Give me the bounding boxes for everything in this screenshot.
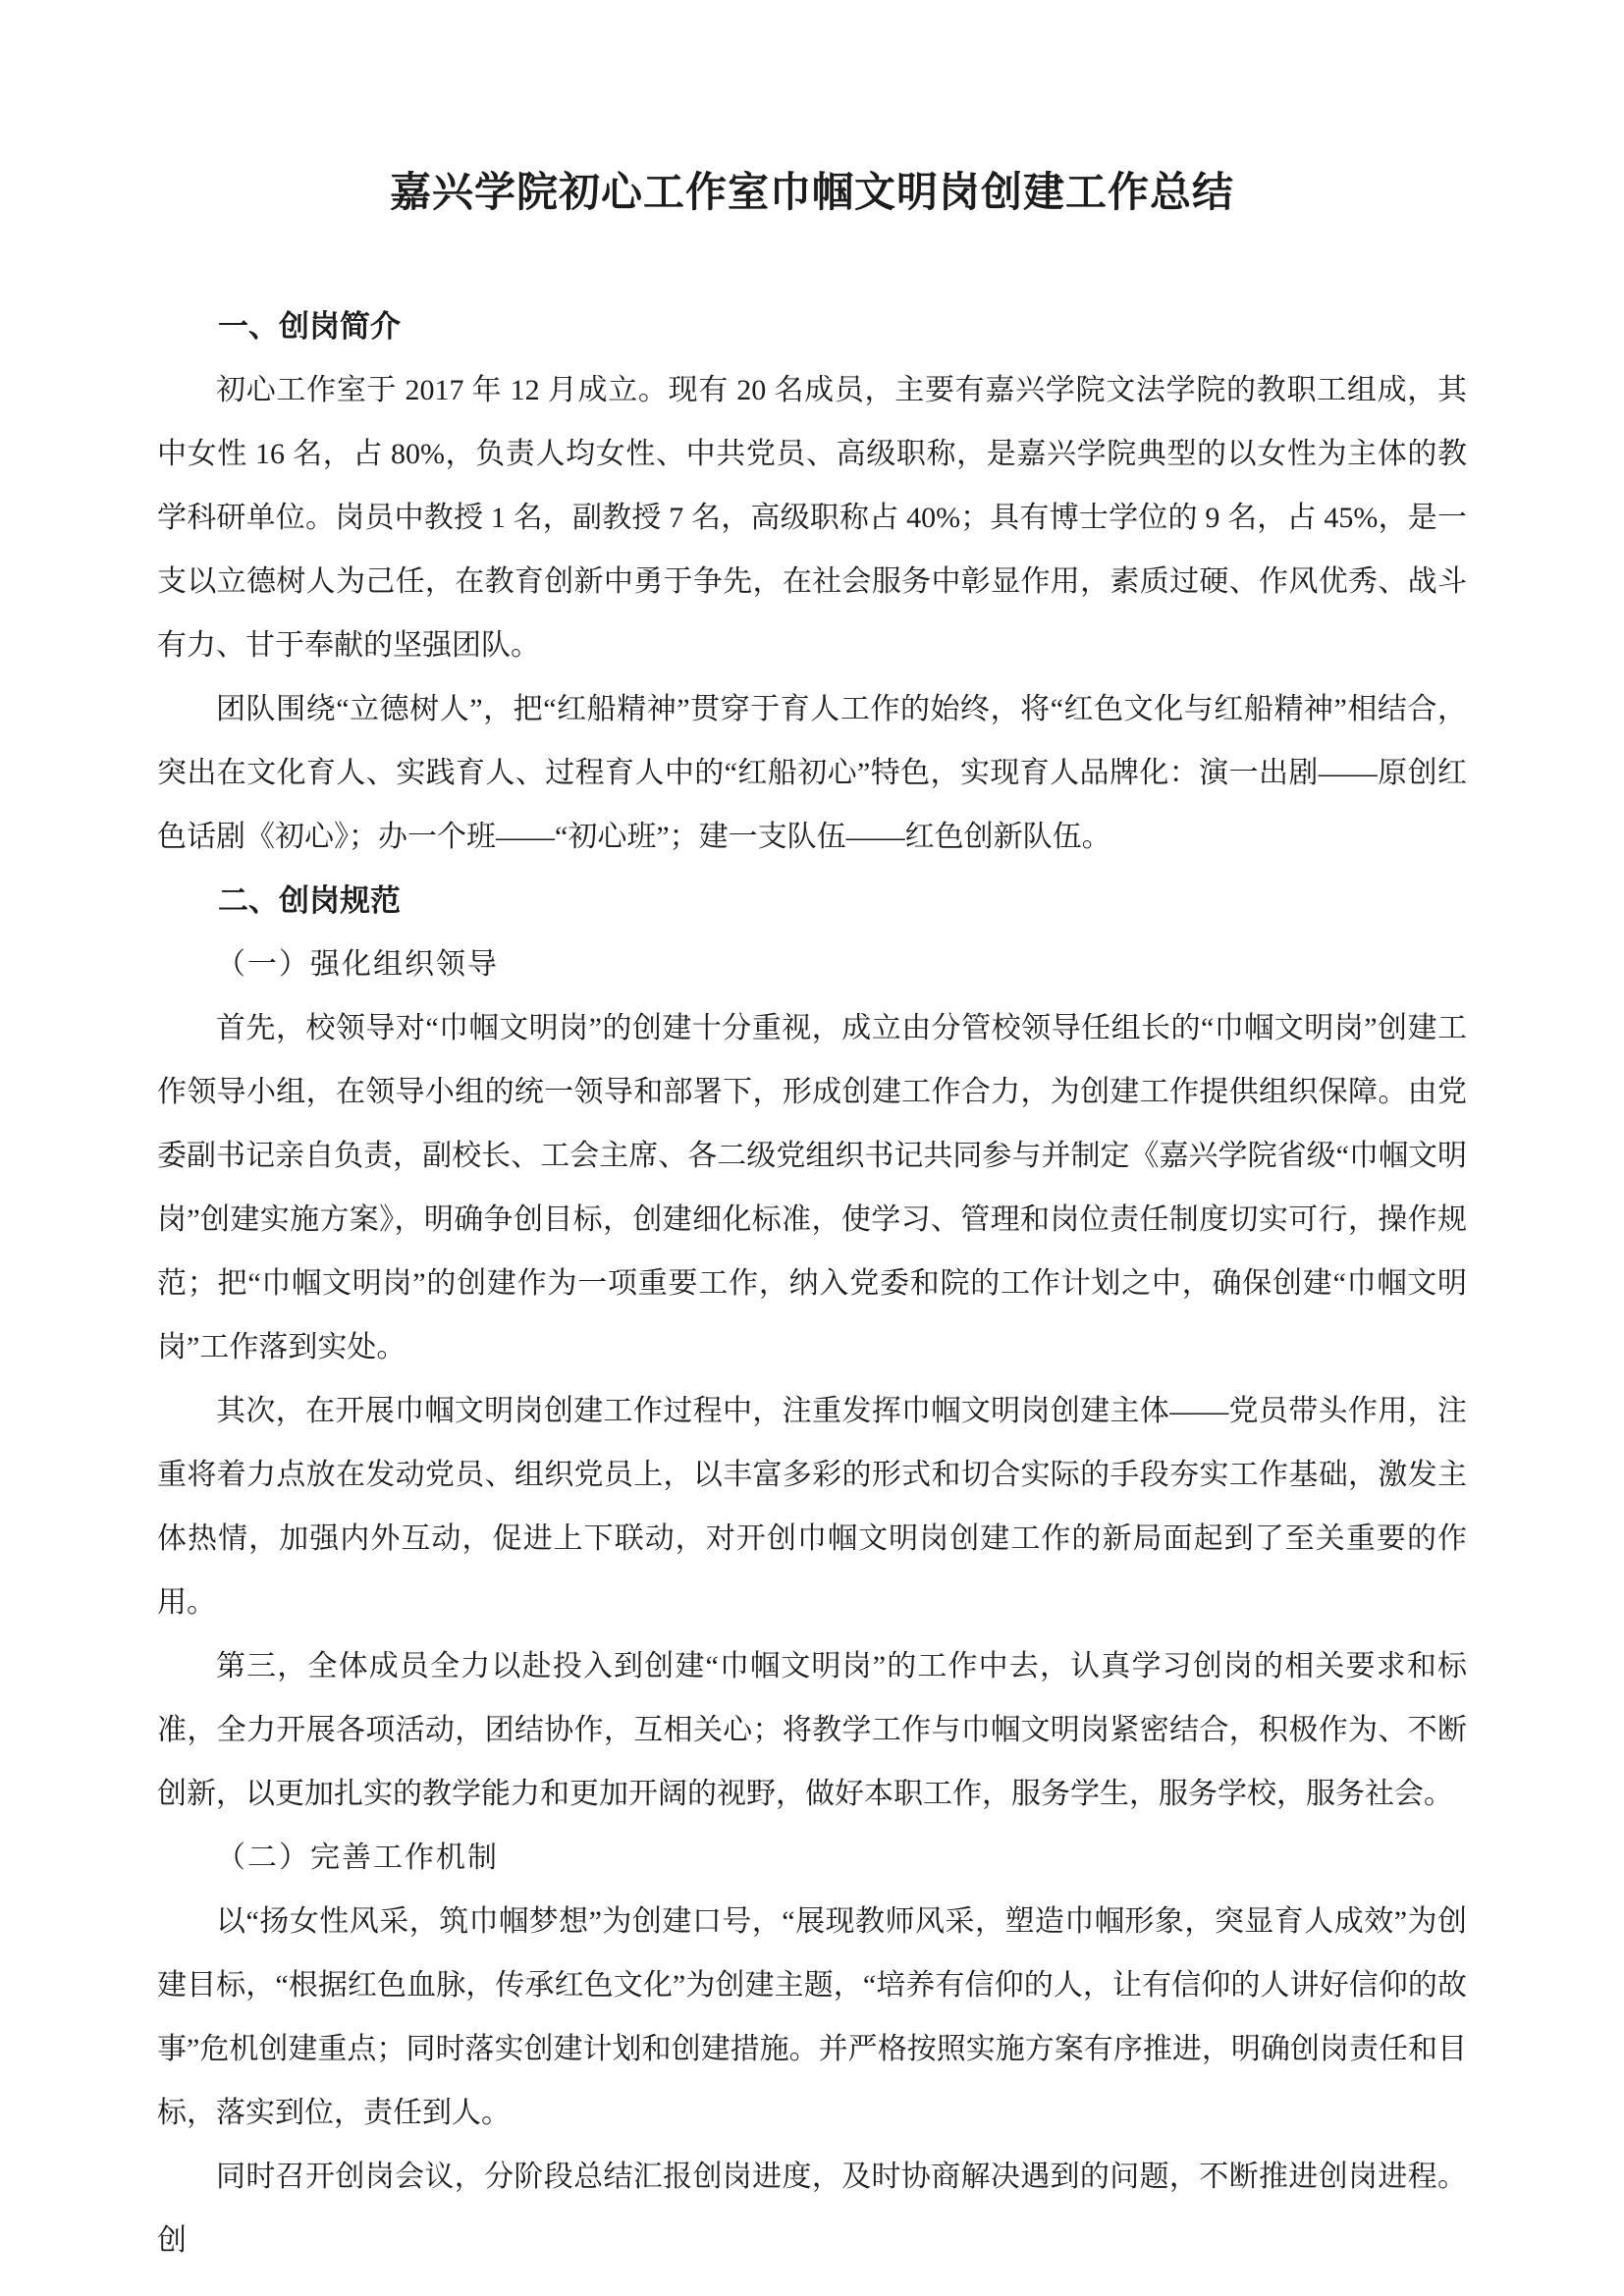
document-page: 嘉兴学院初心工作室巾帼文明岗创建工作总结 一、创岗简介 初心工作室于 2017 … xyxy=(0,0,1624,2296)
document-content: 嘉兴学院初心工作室巾帼文明岗创建工作总结 一、创岗简介 初心工作室于 2017 … xyxy=(0,0,1624,2272)
section-2-heading: 二、创岗规范 xyxy=(157,869,1467,933)
paragraph-leadership-first: 首先，校领导对“巾帼文明岗”的创建十分重视，成立由分管校领导任组长的“巾帼文明岗… xyxy=(157,996,1467,1379)
paragraph-intro-members: 初心工作室于 2017 年 12 月成立。现有 20 名成员，主要有嘉兴学院文法… xyxy=(157,358,1467,677)
subsection-2-2-heading: （二）完善工作机制 xyxy=(157,1826,1467,1890)
paragraph-intro-brand: 团队围绕“立德树人”，把“红船精神”贯穿于育人工作的始终，将“红色文化与红船精神… xyxy=(157,677,1467,869)
document-title: 嘉兴学院初心工作室巾帼文明岗创建工作总结 xyxy=(157,153,1467,232)
subsection-2-1-heading: （一）强化组织领导 xyxy=(157,933,1467,996)
paragraph-mechanism-slogan: 以“扬女性风采，筑巾帼梦想”为创建口号，“展现教师风采，塑造巾帼形象，突显育人成… xyxy=(157,1890,1467,2145)
paragraph-leadership-second: 其次，在开展巾帼文明岗创建工作过程中，注重发挥巾帼文明岗创建主体——党员带头作用… xyxy=(157,1379,1467,1634)
paragraph-mechanism-meetings: 同时召开创岗会议，分阶段总结汇报创岗进度，及时协商解决遇到的问题，不断推进创岗进… xyxy=(157,2145,1467,2272)
paragraph-leadership-third: 第三，全体成员全力以赴投入到创建“巾帼文明岗”的工作中去，认真学习创岗的相关要求… xyxy=(157,1634,1467,1826)
section-1-heading: 一、创岗简介 xyxy=(157,294,1467,358)
